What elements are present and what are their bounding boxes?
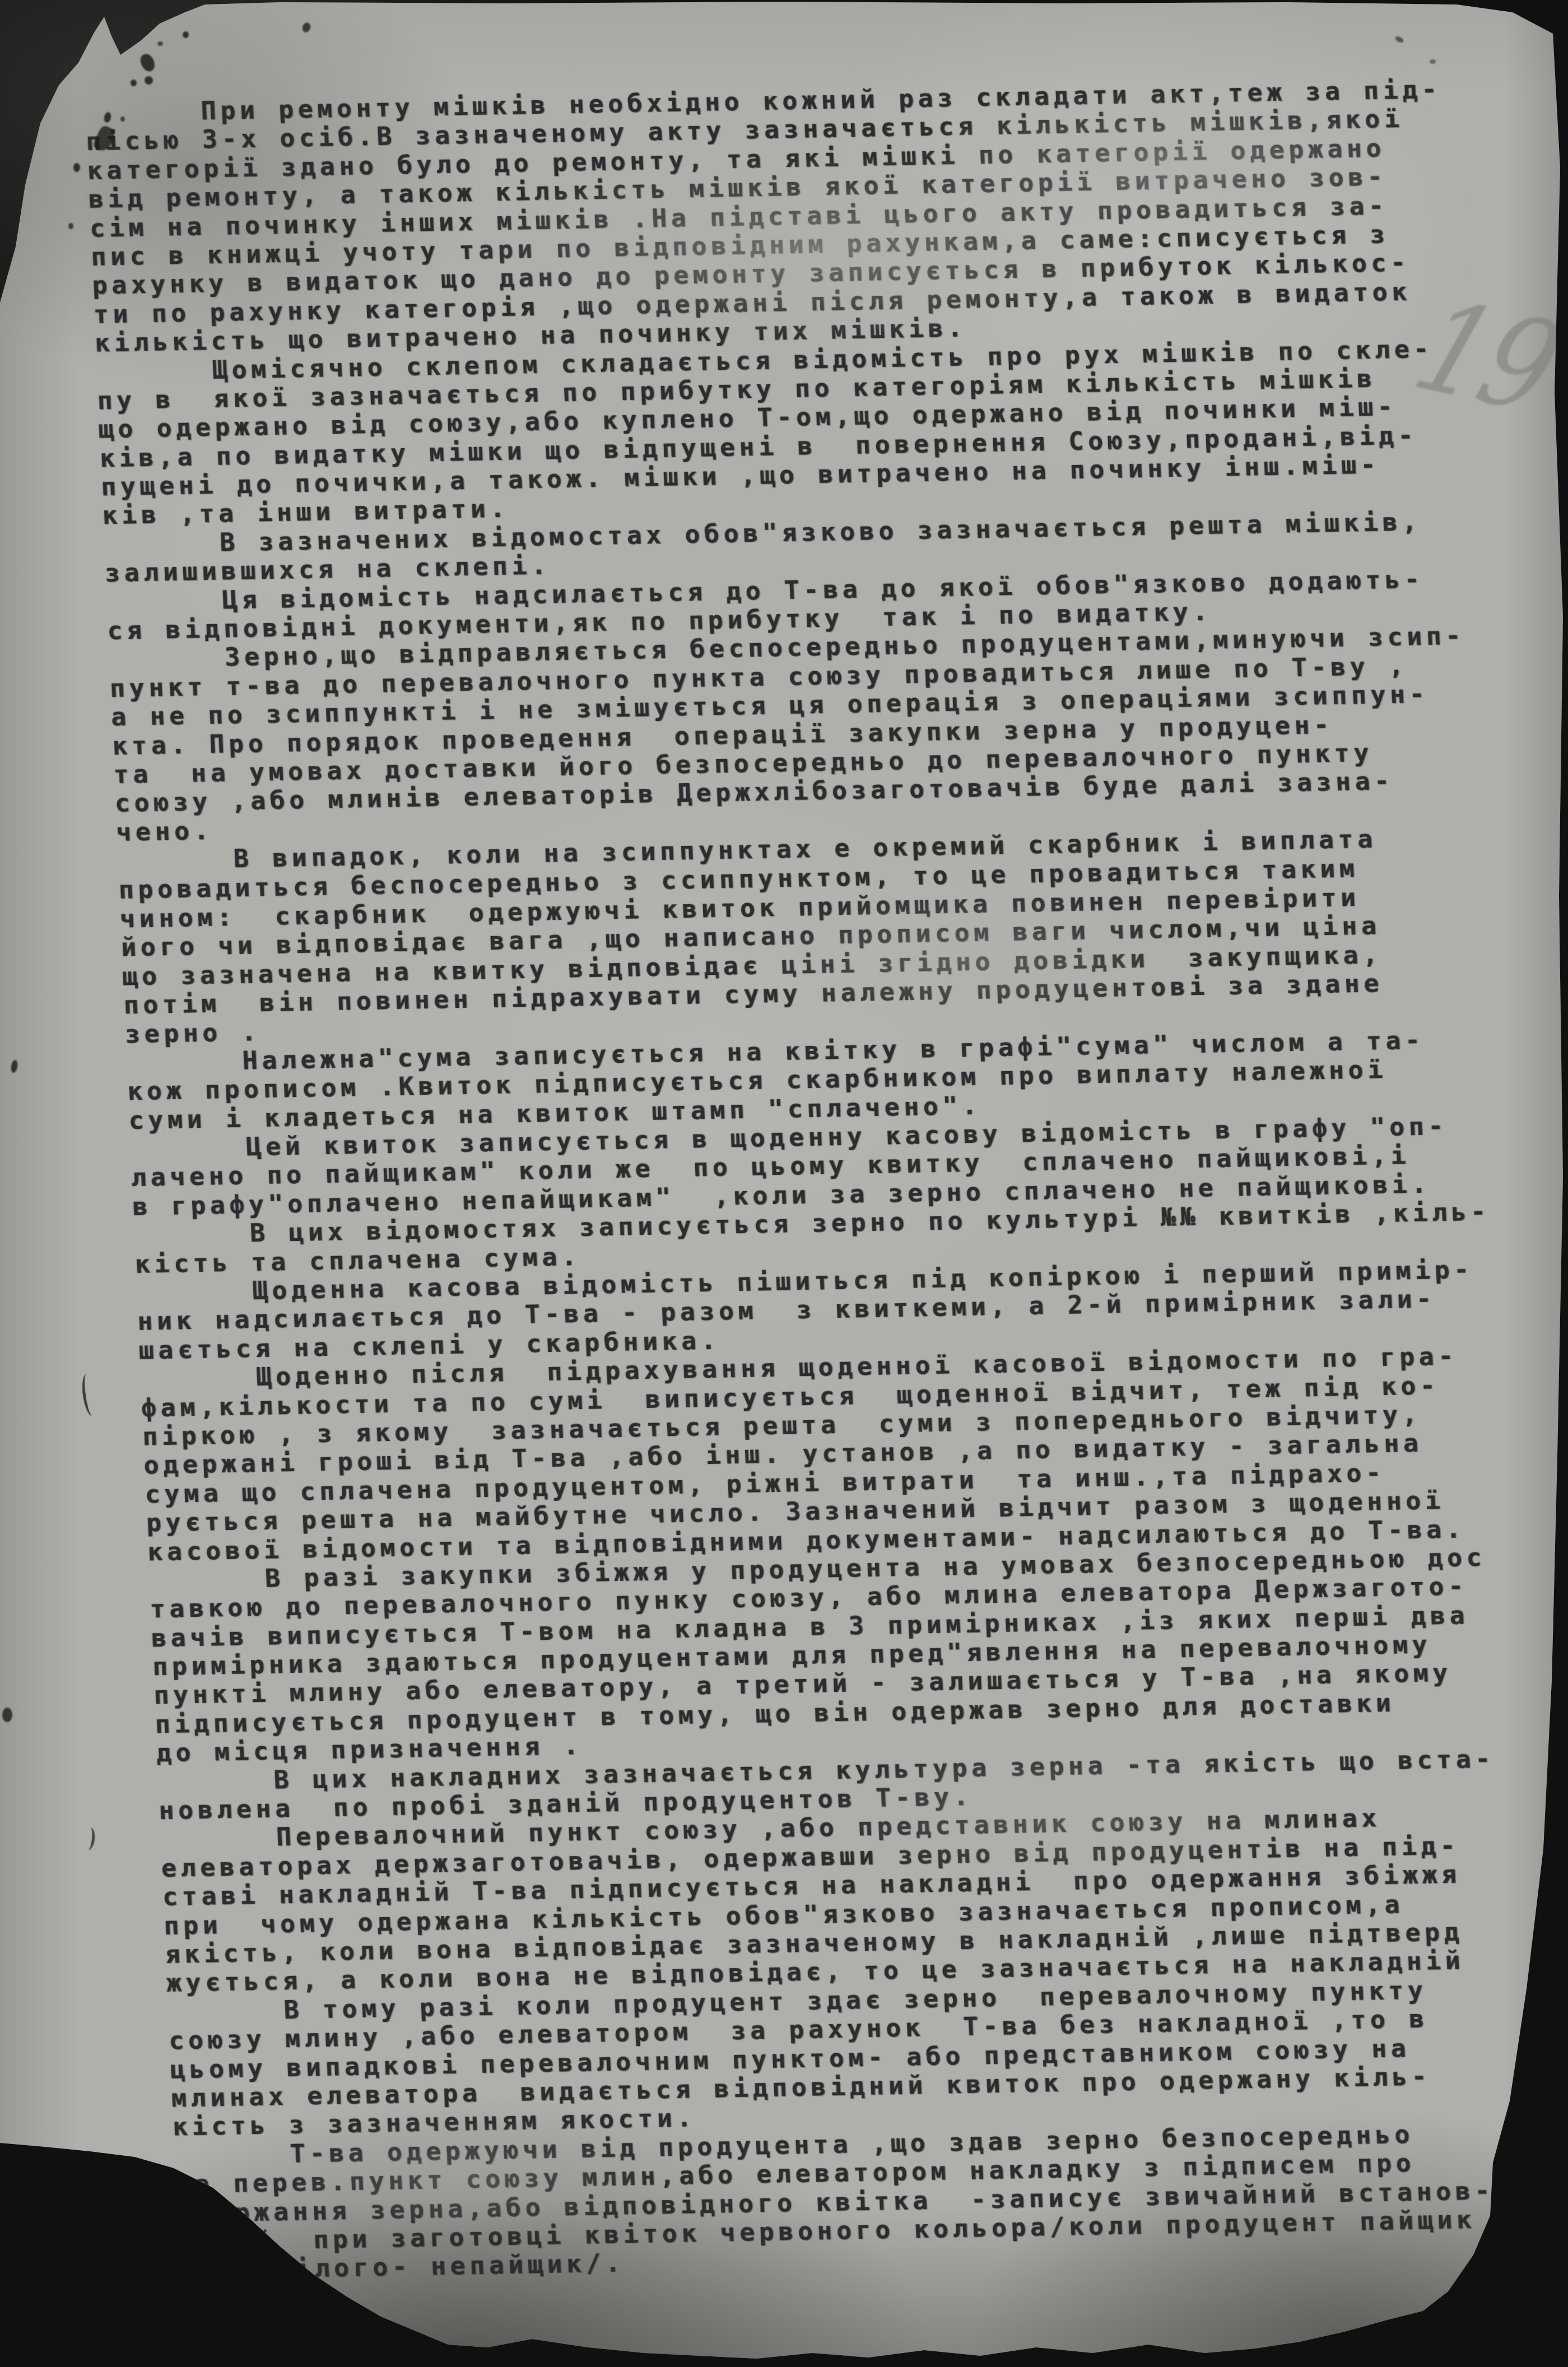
- ink-speck: [145, 76, 153, 85]
- ink-speck: [120, 117, 125, 122]
- ink-speck: [157, 41, 163, 46]
- ink-speck: [68, 223, 73, 229]
- typewritten-text: При ремонту мішків необхідно кожний раз …: [84, 73, 1568, 2285]
- margin-mark: [83, 1827, 96, 1850]
- margin-mark: [80, 1373, 99, 1417]
- scanned-document-page: При ремонту мішків необхідно кожний раз …: [0, 0, 1568, 2367]
- ink-speck: [139, 52, 157, 73]
- ink-speck: [1394, 35, 1404, 44]
- ink-speck: [301, 21, 311, 34]
- ink-speck: [183, 31, 189, 38]
- ink-speck: [1430, 59, 1436, 64]
- ink-speck: [131, 80, 137, 86]
- ink-speck: [10, 1059, 18, 1073]
- ink-speck: [2, 1708, 12, 1722]
- ink-speck: [73, 163, 80, 172]
- paper-sheet: При ремонту мішків необхідно кожний раз …: [0, 0, 1568, 2367]
